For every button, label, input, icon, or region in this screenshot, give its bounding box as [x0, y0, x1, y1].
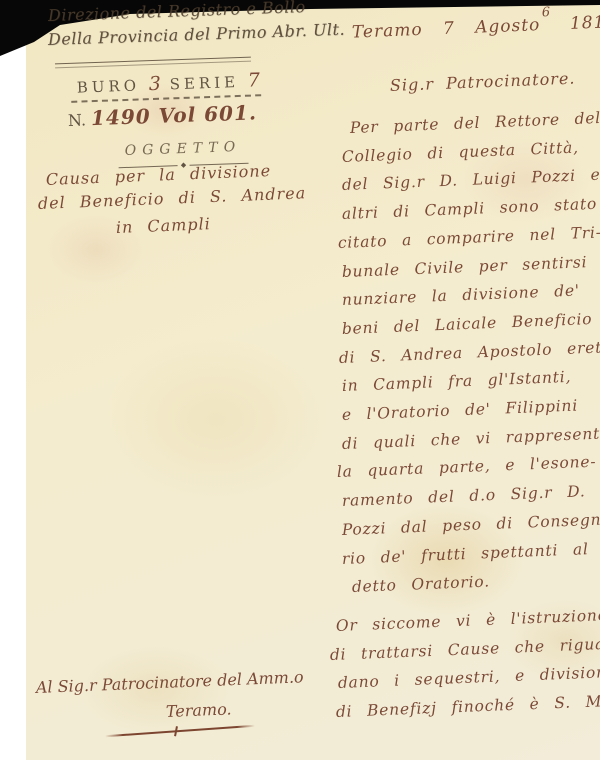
buro-label: BURO	[76, 76, 140, 96]
address-block: Al Sig.r Patrocinatore del Amm.o Teramo.	[36, 676, 336, 724]
letterhead: Direzione del Registro e Bollo Della Pro…	[48, 4, 318, 52]
oggetto-label: OGGETTO	[63, 137, 303, 161]
body-paragraph-1: Per parte del Rettore del Collegio di qu…	[342, 114, 598, 602]
body-paragraph-2: Or siccome vi è l'istruzione di trattars…	[336, 612, 596, 727]
serie-label: SERIE	[169, 73, 239, 93]
dateline-superscript: 6	[542, 5, 552, 20]
number-label: N.	[68, 110, 87, 130]
subject-block: Causa per la divisione del Beneficio di …	[46, 168, 326, 240]
buro-value: 3	[148, 73, 161, 95]
serie-value: 7	[247, 69, 260, 91]
subject-line: in Campli	[115, 208, 326, 240]
dateline-year: 1818	[570, 12, 600, 34]
address-line-2: Teramo.	[165, 693, 336, 724]
registry-stamp-block: BURO 3 SERIE 7 N. 1490 Vol 601. OGGETTO …	[60, 68, 303, 173]
